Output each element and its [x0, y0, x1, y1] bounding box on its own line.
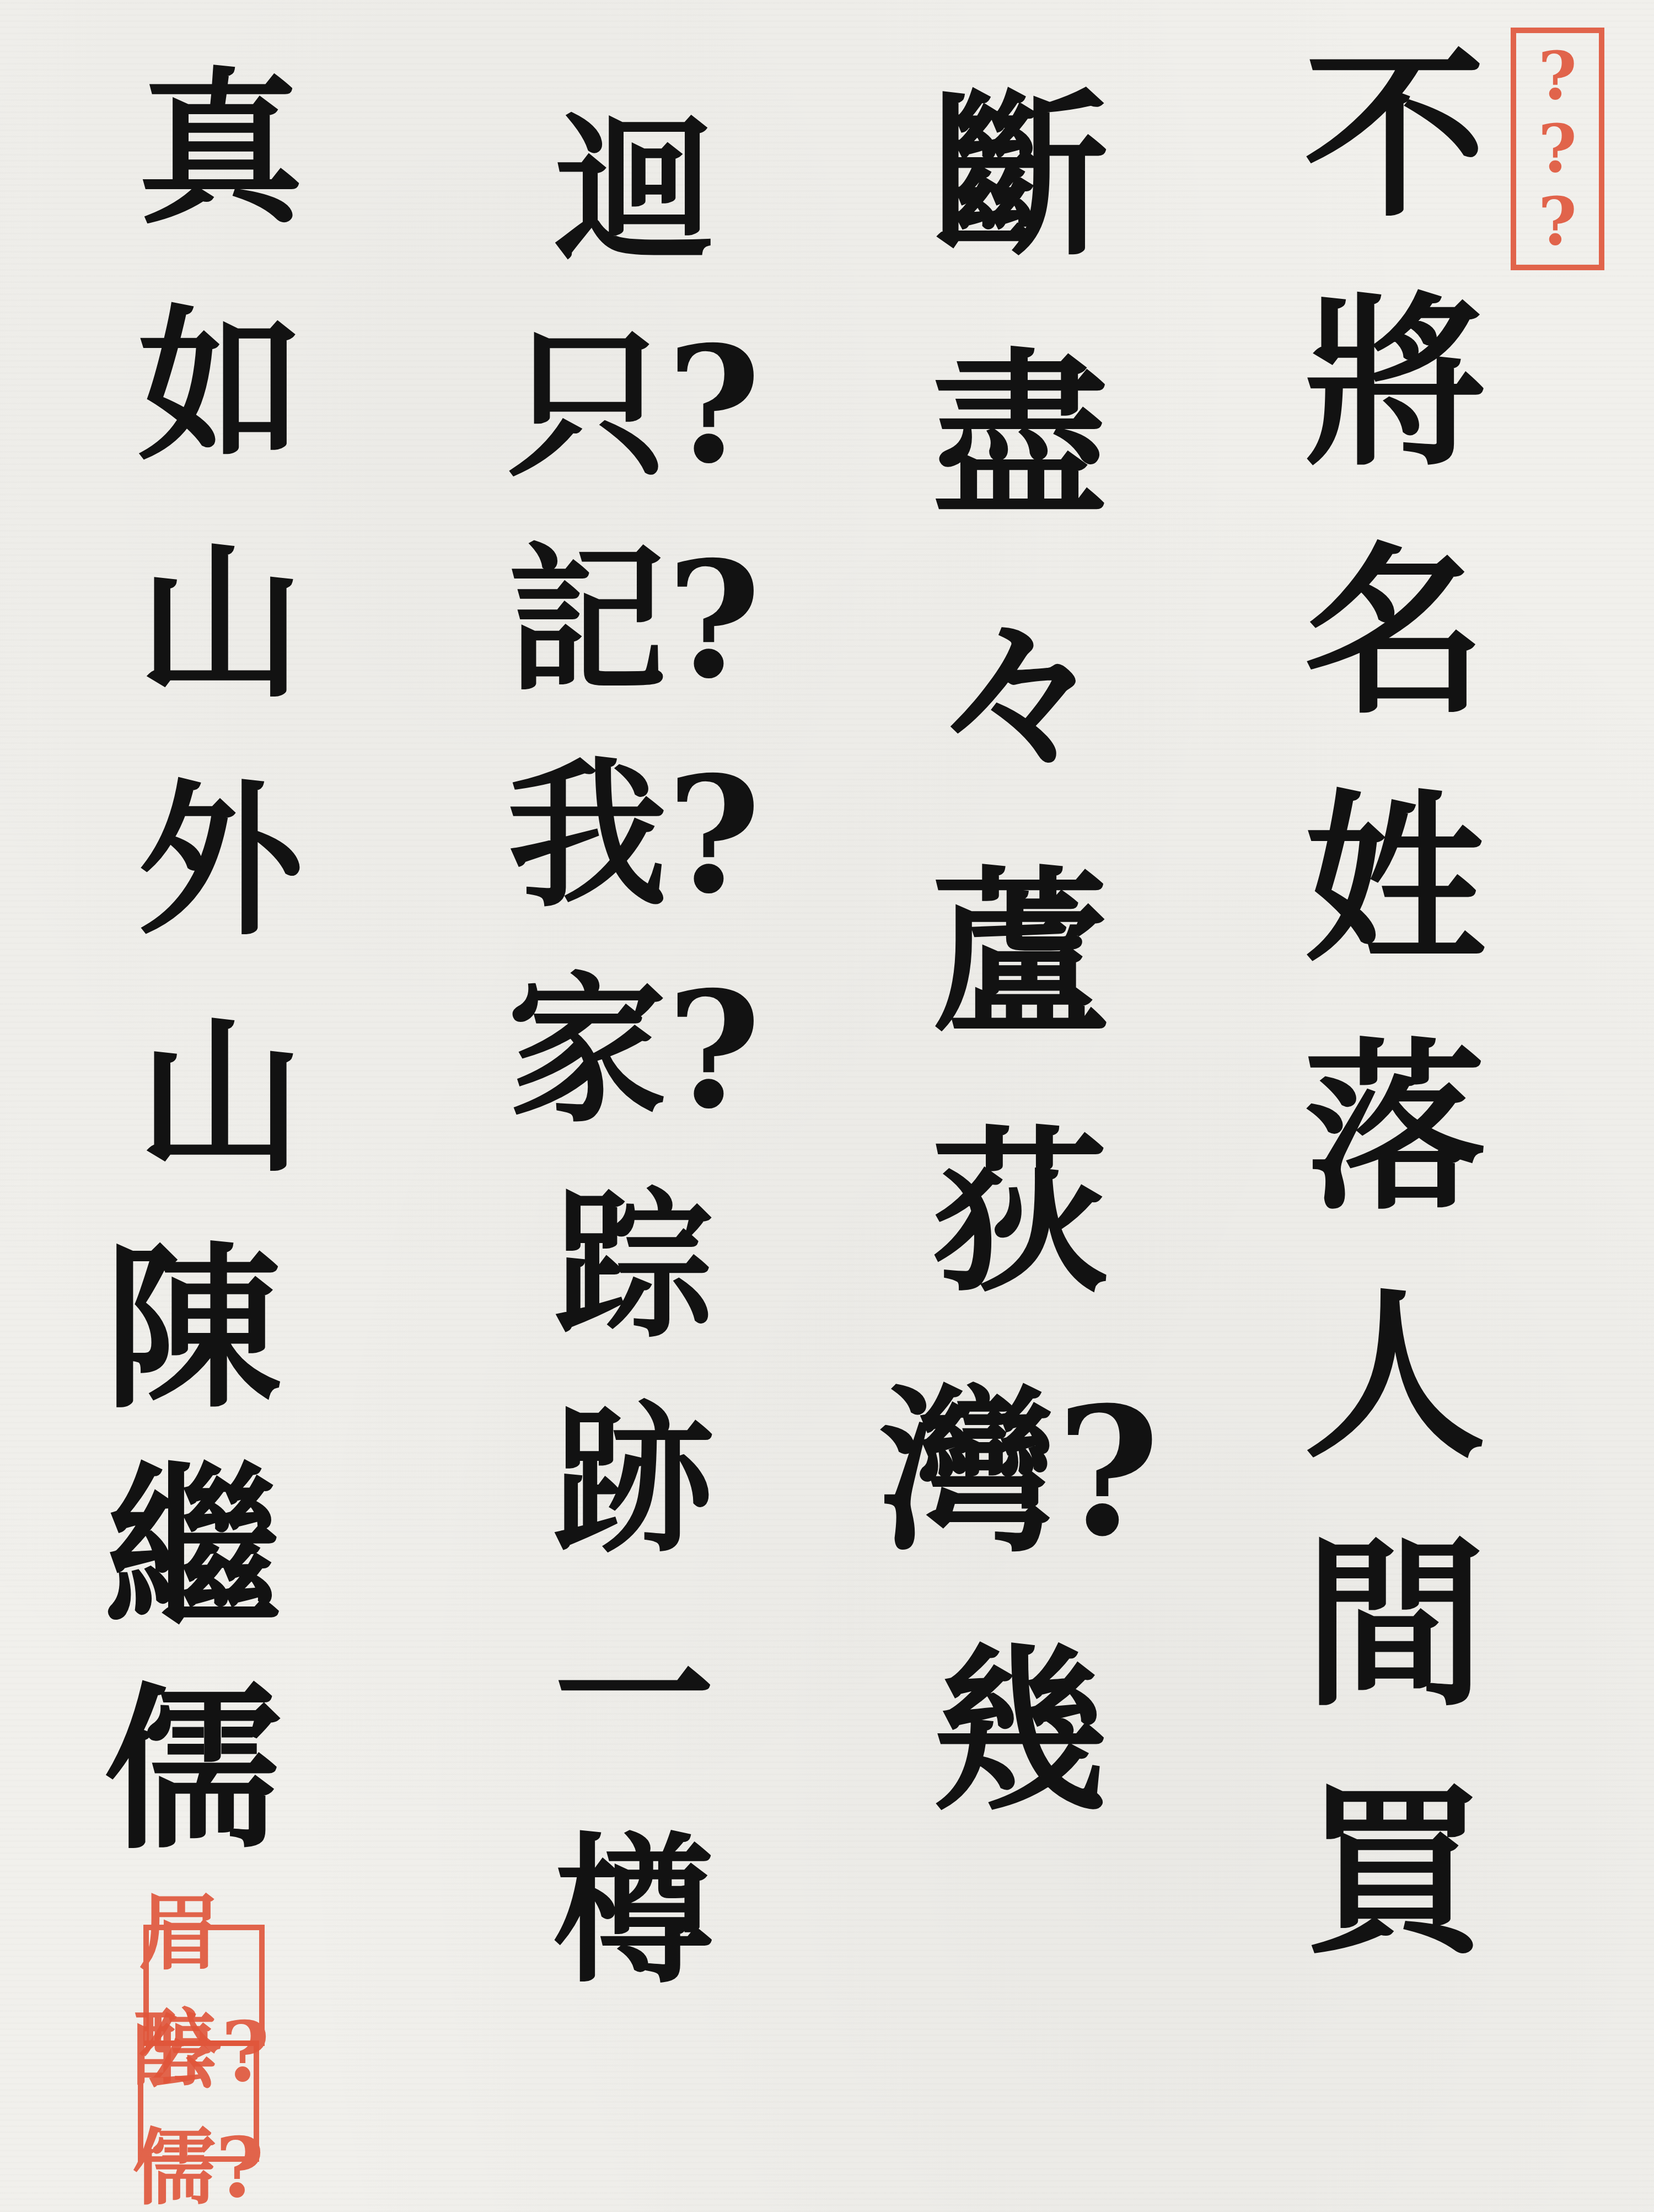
char: 買 — [1304, 1781, 1486, 1963]
signature: 陳 繼 儒 — [88, 1241, 298, 1903]
char: 姓 — [1304, 789, 1486, 971]
char: 陳 — [105, 1241, 281, 1417]
char: 儒 — [105, 1682, 281, 1858]
char: 落 — [1304, 1037, 1486, 1219]
char: 荻 — [932, 1125, 1108, 1302]
seal-char: ? — [1538, 185, 1577, 258]
char: 斷 — [932, 88, 1108, 265]
char: 盡 — [932, 347, 1108, 524]
char: 一 — [554, 1616, 714, 1776]
char: 不 — [1304, 44, 1486, 226]
char: 如 — [138, 303, 303, 469]
char: 山 — [138, 1015, 303, 1180]
char: 記? — [507, 540, 761, 700]
char: 迴 — [554, 110, 714, 270]
column-1: 不 將 名 姓 落 人 間 買 — [1279, 44, 1511, 2029]
char: 我? — [507, 756, 761, 915]
seal-char: ? — [1538, 40, 1577, 113]
char: 蘆 — [932, 866, 1108, 1042]
char: 々 — [932, 607, 1108, 783]
seal-char: ? — [1538, 113, 1577, 185]
column-4: 真 如 山 外 山 — [116, 66, 325, 1252]
char: 人 — [1304, 1285, 1486, 1467]
char: 名 — [1304, 540, 1486, 722]
char: 真 — [138, 66, 303, 232]
char: 山 — [138, 540, 303, 706]
char: 幾 — [932, 1643, 1108, 1820]
char: 灣? — [880, 1384, 1160, 1561]
char: 將 — [1304, 292, 1486, 474]
char: 間 — [1304, 1533, 1486, 1715]
leading-seal: ? ? ? — [1511, 28, 1604, 270]
char: 家? — [507, 971, 761, 1131]
char: 外 — [138, 778, 303, 943]
char: 只? — [507, 325, 761, 485]
char: 繼 — [105, 1461, 281, 1638]
char: 樽 — [554, 1831, 714, 1991]
column-2: 斷 盡 々 蘆 荻 灣? 幾 — [904, 88, 1136, 1903]
char: 跡 — [554, 1401, 714, 1561]
column-3: 迴 只? 記? 我? 家? 踪 跡 一 樽 — [518, 110, 750, 2046]
char: 踪 — [554, 1186, 714, 1346]
name-seal-2: 醇儒? — [138, 2040, 259, 2162]
